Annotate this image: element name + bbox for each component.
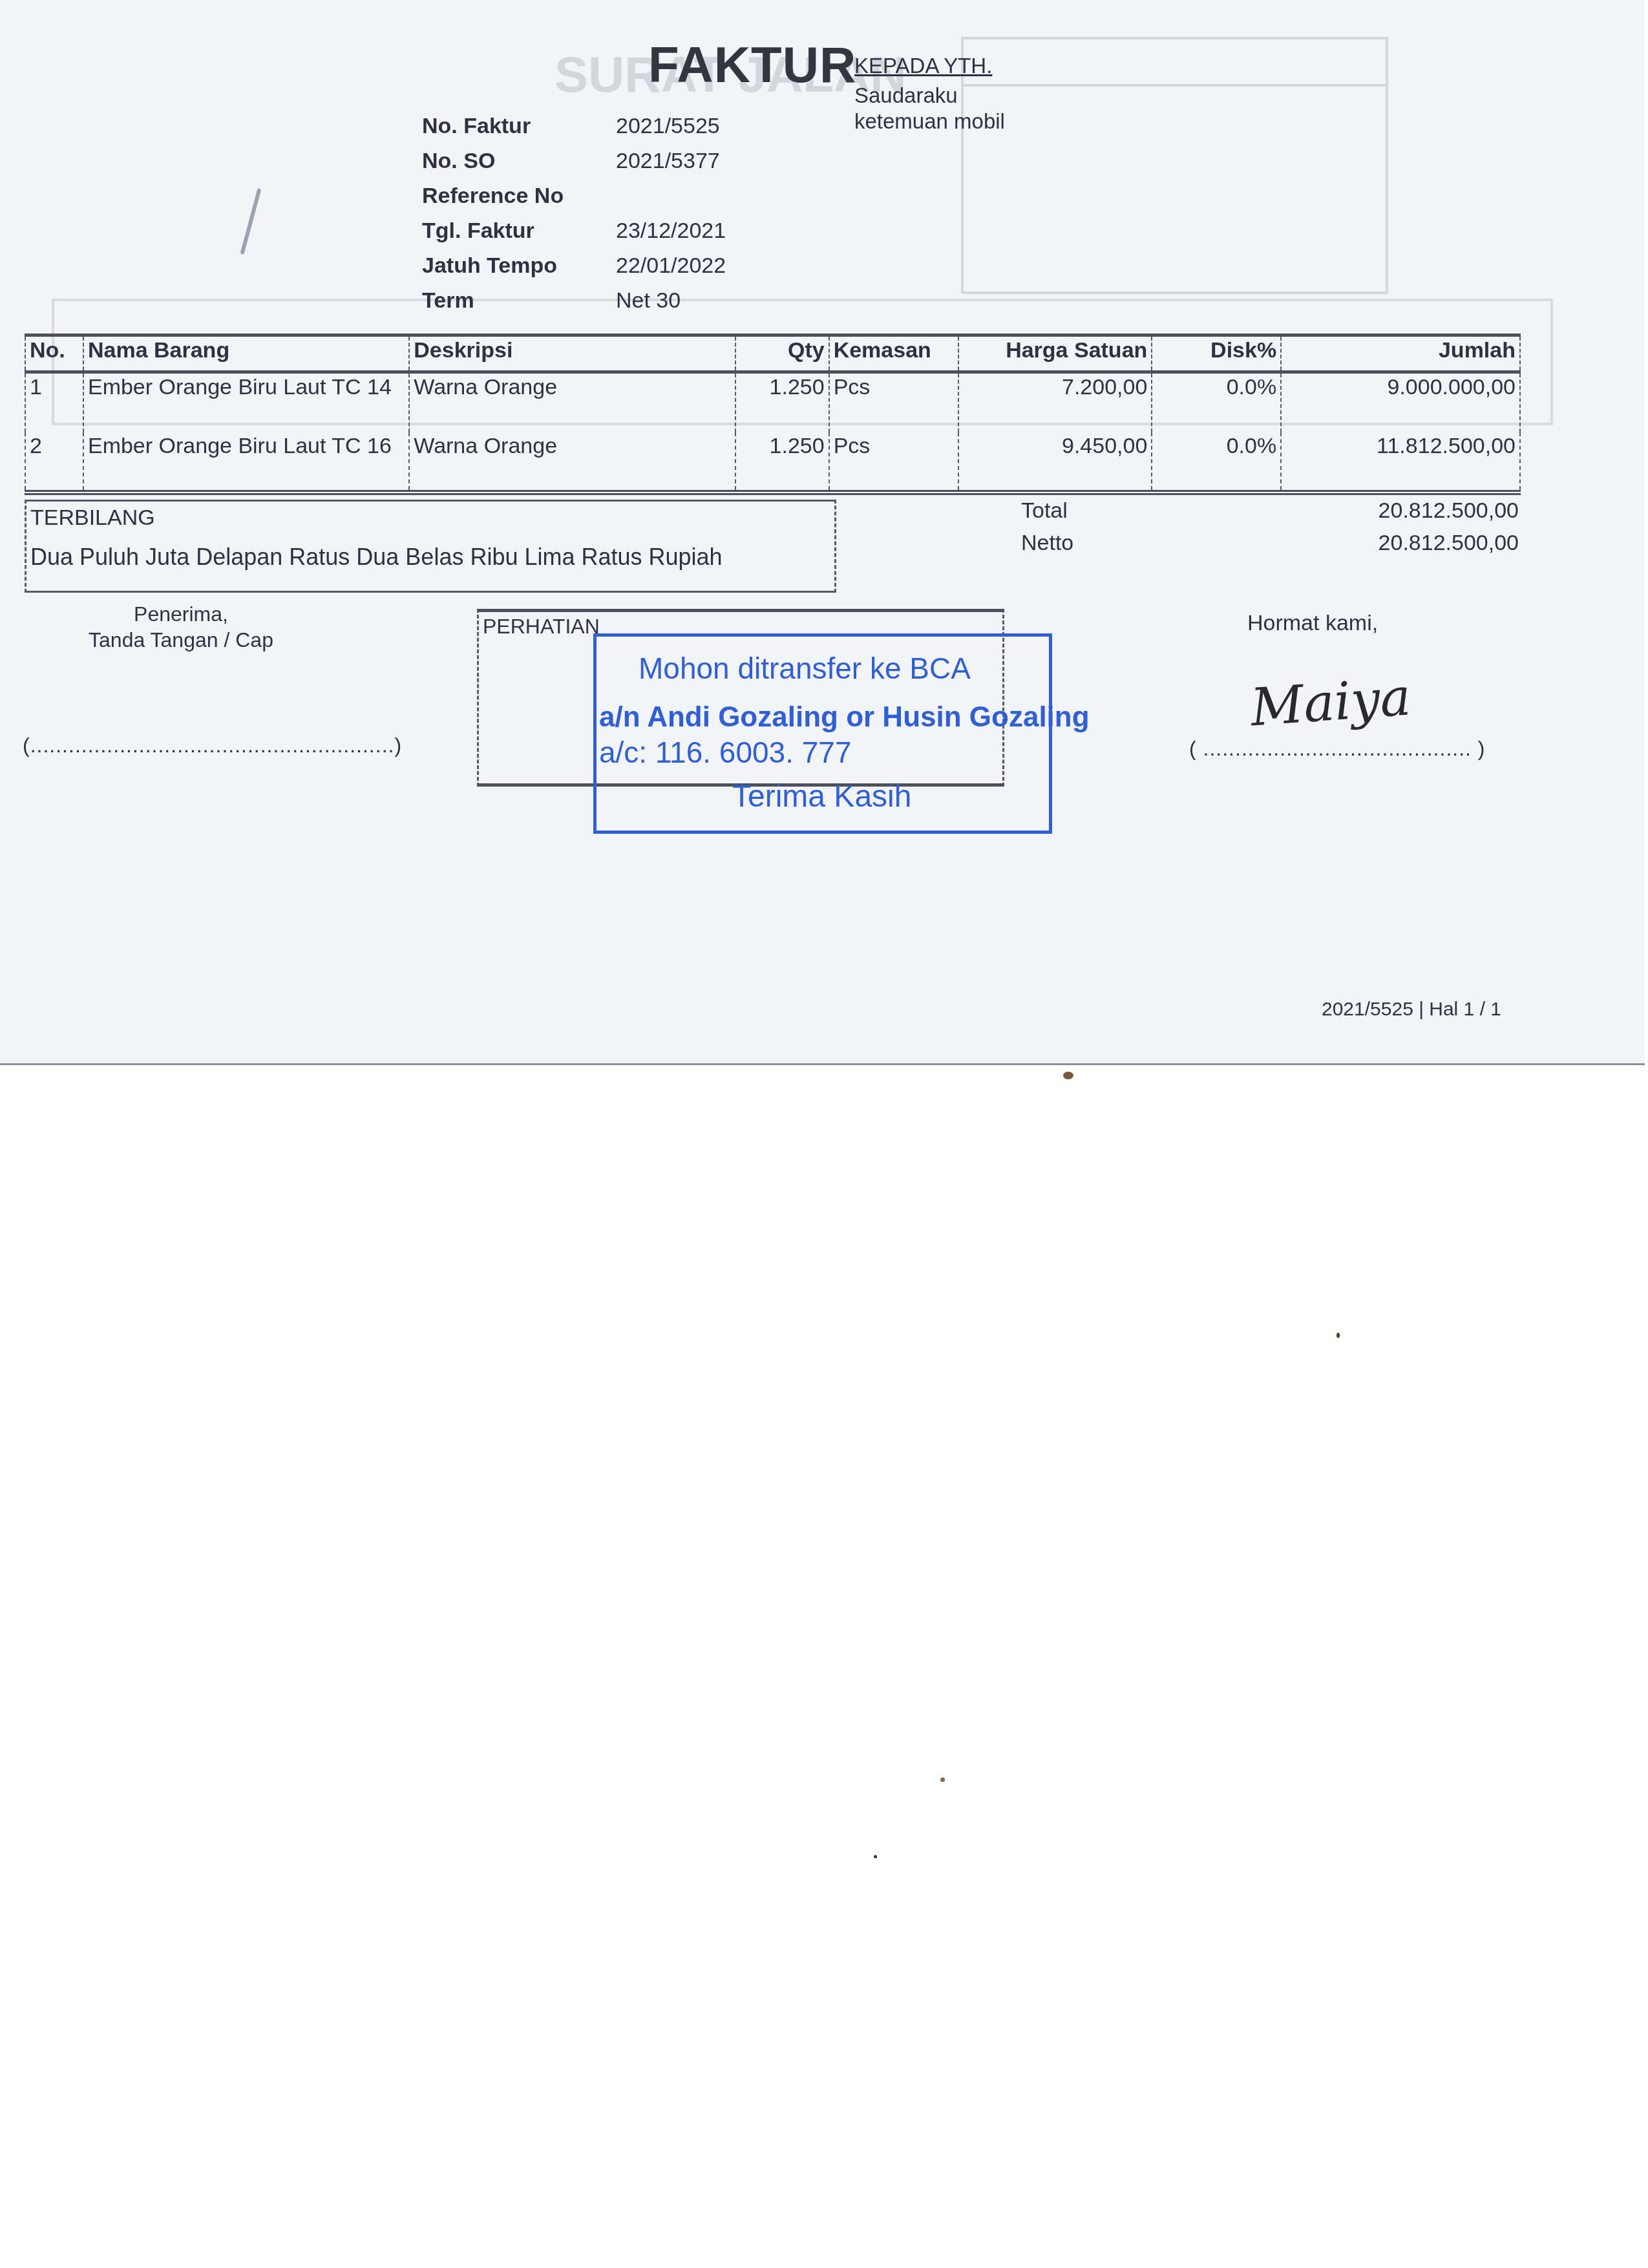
total-value: 20.812.500,00	[1379, 498, 1519, 524]
stamp-line-2: a/n Andi Gozaling or Husin Gozaling	[599, 701, 1090, 734]
invoice-meta: No. Faktur 2021/5525 No. SO 2021/5377 Re…	[422, 109, 810, 318]
items-table: No. Nama Barang Deskripsi Qty Kemasan Ha…	[25, 334, 1521, 495]
cell-nama: Ember Orange Biru Laut TC 16	[83, 432, 409, 493]
bank-transfer-stamp: Mohon ditransfer ke BCA a/n Andi Gozalin…	[593, 633, 1052, 834]
cell-no: 2	[25, 432, 83, 493]
meta-row-no-faktur: No. Faktur 2021/5525	[422, 109, 810, 143]
meta-value: 22/01/2022	[616, 253, 810, 279]
meta-label: Tgl. Faktur	[422, 218, 616, 244]
cell-jumlah: 11.812.500,00	[1281, 432, 1520, 493]
meta-row-no-so: No. SO 2021/5377	[422, 143, 810, 178]
terbilang-text: Dua Puluh Juta Delapan Ratus Dua Belas R…	[30, 544, 723, 571]
sender-sign-line: ( ......................................…	[1189, 737, 1486, 761]
paper-speck	[874, 1855, 877, 1858]
document-title: FAKTUR	[648, 36, 856, 94]
meta-value: Net 30	[616, 288, 810, 313]
paper-speck	[940, 1777, 945, 1782]
signature: Maiya	[1249, 666, 1413, 737]
cell-disk: 0.0%	[1152, 372, 1281, 432]
col-header-harga: Harga Satuan	[958, 335, 1152, 372]
terbilang-label: TERBILANG	[30, 505, 155, 531]
paper-speck	[1336, 1333, 1340, 1338]
bleed-through-box	[961, 37, 1388, 294]
meta-label: No. Faktur	[422, 114, 616, 139]
meta-value: 2021/5525	[616, 114, 810, 139]
meta-label: No. SO	[422, 149, 616, 174]
meta-row-jatuh-tempo: Jatuh Tempo 22/01/2022	[422, 248, 810, 283]
cell-no: 1	[25, 372, 83, 432]
invoice-paper: SURAT JALAN FAKTUR KEPADA YTH. Saudaraku…	[0, 0, 1645, 1065]
cell-nama: Ember Orange Biru Laut TC 14	[83, 372, 409, 432]
col-header-nama: Nama Barang	[83, 335, 409, 372]
staple-mark	[240, 188, 262, 255]
meta-row-tgl-faktur: Tgl. Faktur 23/12/2021	[422, 213, 810, 248]
col-header-kemasan: Kemasan	[829, 335, 958, 372]
bleed-through-line	[961, 84, 1386, 87]
cell-deskripsi: Warna Orange	[409, 432, 735, 493]
meta-row-reference: Reference No	[422, 178, 810, 213]
cell-harga: 9.450,00	[958, 432, 1152, 493]
cell-qty: 1.250	[735, 432, 829, 493]
perhatian-label: PERHATIAN	[483, 615, 600, 639]
table-header-row: No. Nama Barang Deskripsi Qty Kemasan Ha…	[25, 335, 1520, 372]
cell-harga: 7.200,00	[958, 372, 1152, 432]
cell-kemasan: Pcs	[829, 432, 958, 493]
recipient-name: Saudaraku	[854, 83, 1005, 109]
stamp-line-4: Terima Kasih	[732, 779, 911, 814]
receiver-block: Penerima, Tanda Tangan / Cap	[65, 601, 297, 653]
recipient-block: Saudaraku ketemuan mobil	[854, 83, 1005, 134]
recipient-address: ketemuan mobil	[854, 109, 1005, 134]
totals-block: Total 20.812.500,00 Netto 20.812.500,00	[1008, 494, 1519, 559]
netto-row: Netto 20.812.500,00	[1008, 527, 1519, 559]
col-header-qty: Qty	[735, 335, 829, 372]
col-header-deskripsi: Deskripsi	[409, 335, 735, 372]
meta-value: 2021/5377	[616, 149, 810, 174]
meta-label: Jatuh Tempo	[422, 253, 616, 279]
total-row: Total 20.812.500,00	[1008, 494, 1519, 527]
sender-greeting: Hormat kami,	[1247, 611, 1378, 636]
cell-disk: 0.0%	[1152, 432, 1281, 493]
total-label: Total	[1008, 498, 1068, 524]
col-header-jumlah: Jumlah	[1281, 335, 1520, 372]
cell-jumlah: 9.000.000,00	[1281, 372, 1520, 432]
netto-label: Netto	[1008, 531, 1073, 556]
stamp-line-3: a/c: 116. 6003. 777	[599, 735, 851, 770]
meta-value: 23/12/2021	[616, 218, 810, 244]
meta-label: Reference No	[422, 184, 616, 209]
recipient-label: KEPADA YTH.	[854, 54, 992, 78]
receiver-label: Penerima,	[65, 601, 297, 627]
meta-row-term: Term Net 30	[422, 283, 810, 318]
cell-deskripsi: Warna Orange	[409, 372, 735, 432]
receiver-sign-line: (.......................................…	[23, 734, 402, 758]
netto-value: 20.812.500,00	[1379, 531, 1519, 556]
receiver-sublabel: Tanda Tangan / Cap	[65, 627, 297, 653]
paper-speck	[1063, 1072, 1073, 1079]
table-row: 1 Ember Orange Biru Laut TC 14 Warna Ora…	[25, 372, 1520, 432]
terbilang-box: TERBILANG Dua Puluh Juta Delapan Ratus D…	[25, 500, 836, 593]
cell-kemasan: Pcs	[829, 372, 958, 432]
table-row: 2 Ember Orange Biru Laut TC 16 Warna Ora…	[25, 432, 1520, 493]
col-header-disk: Disk%	[1152, 335, 1281, 372]
stamp-line-1: Mohon ditransfer ke BCA	[639, 651, 971, 686]
page-footer: 2021/5525 | Hal 1 / 1	[1322, 999, 1501, 1021]
cell-qty: 1.250	[735, 372, 829, 432]
col-header-no: No.	[25, 335, 83, 372]
meta-label: Term	[422, 288, 616, 313]
